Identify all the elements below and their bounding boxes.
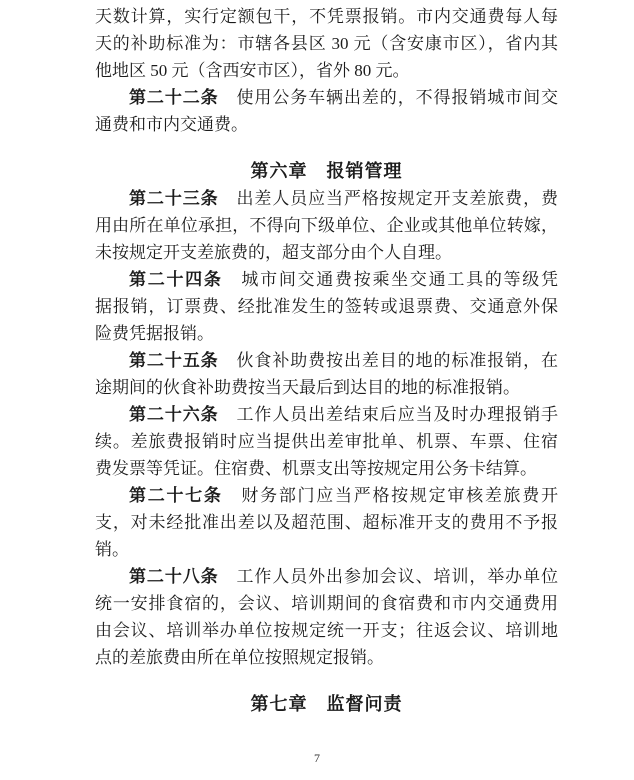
paragraph: 第二十六条 工作人员出差结束后应当及时办理报销手续。差旅费报销时应当提供出差审批… xyxy=(95,401,558,482)
chapter-heading: 第七章 监督问责 xyxy=(95,691,558,718)
text-line: 点的差旅费由所在单位按照规定报销。 xyxy=(95,644,558,671)
chapter-heading: 第六章 报销管理 xyxy=(95,158,558,185)
text-line: 支，对未经批准出差以及超范围、超标准开支的费用不予报 xyxy=(95,509,558,536)
text-line: 据报销，订票费、经批准发生的签转或退票费、交通意外保 xyxy=(95,293,558,320)
article-number: 第二十八条 xyxy=(129,567,219,586)
text-line: 他地区 50 元（含西安市区），省外 80 元。 xyxy=(95,57,558,84)
paragraph: 第二十四条 城市间交通费按乘坐交通工具的等级凭据报销，订票费、经批准发生的签转或… xyxy=(95,266,558,347)
paragraph: 第二十七条 财务部门应当严格按规定审核差旅费开支，对未经批准出差以及超范围、超标… xyxy=(95,482,558,563)
text-line: 第二十三条 出差人员应当严格按规定开支差旅费，费 xyxy=(95,185,558,212)
text-line: 途期间的伙食补助费按当天最后到达目的地的标准报销。 xyxy=(95,374,558,401)
document-page: 天数计算，实行定额包干，不凭票报销。市内交通费每人每天的补助标准为：市辖各县区 … xyxy=(0,0,634,780)
text-line: 续。差旅费报销时应当提供出差审批单、机票、车票、住宿 xyxy=(95,428,558,455)
paragraph: 第二十三条 出差人员应当严格按规定开支差旅费，费用由所在单位承担，不得向下级单位… xyxy=(95,185,558,266)
text-line: 销。 xyxy=(95,536,558,563)
text-line: 用由所在单位承担，不得向下级单位、企业或其他单位转嫁， xyxy=(95,212,558,239)
article-number: 第二十四条 xyxy=(129,270,223,289)
text-line: 第二十八条 工作人员外出参加会议、培训，举办单位 xyxy=(95,563,558,590)
paragraph: 天数计算，实行定额包干，不凭票报销。市内交通费每人每天的补助标准为：市辖各县区 … xyxy=(95,3,558,84)
article-number: 第二十三条 xyxy=(129,189,219,208)
article-number: 第二十六条 xyxy=(129,405,219,424)
article-number: 第二十五条 xyxy=(129,351,219,370)
text-line: 统一安排食宿的，会议、培训期间的食宿费和市内交通费用 xyxy=(95,590,558,617)
text-line: 险费凭据报销。 xyxy=(95,320,558,347)
paragraph: 第二十五条 伙食补助费按出差目的地的标准报销，在途期间的伙食补助费按当天最后到达… xyxy=(95,347,558,401)
text-line: 天的补助标准为：市辖各县区 30 元（含安康市区），省内其 xyxy=(95,30,558,57)
text-line: 第二十四条 城市间交通费按乘坐交通工具的等级凭 xyxy=(95,266,558,293)
text-line: 第二十五条 伙食补助费按出差目的地的标准报销，在 xyxy=(95,347,558,374)
document-body: 天数计算，实行定额包干，不凭票报销。市内交通费每人每天的补助标准为：市辖各县区 … xyxy=(95,3,558,718)
article-number: 第二十二条 xyxy=(129,88,219,107)
text-line: 通费和市内交通费。 xyxy=(95,111,558,138)
text-line: 由会议、培训举办单位按规定统一开支；往返会议、培训地 xyxy=(95,617,558,644)
text-line: 费发票等凭证。住宿费、机票支出等按规定用公务卡结算。 xyxy=(95,455,558,482)
text-line: 第二十二条 使用公务车辆出差的，不得报销城市间交 xyxy=(95,84,558,111)
paragraph: 第二十二条 使用公务车辆出差的，不得报销城市间交通费和市内交通费。 xyxy=(95,84,558,138)
text-line: 未按规定开支差旅费的，超支部分由个人自理。 xyxy=(95,239,558,266)
text-line: 天数计算，实行定额包干，不凭票报销。市内交通费每人每 xyxy=(95,3,558,30)
page-number: 7 xyxy=(0,751,634,766)
text-line: 第二十七条 财务部门应当严格按规定审核差旅费开 xyxy=(95,482,558,509)
text-line: 第二十六条 工作人员出差结束后应当及时办理报销手 xyxy=(95,401,558,428)
article-number: 第二十七条 xyxy=(129,486,223,505)
paragraph: 第二十八条 工作人员外出参加会议、培训，举办单位统一安排食宿的，会议、培训期间的… xyxy=(95,563,558,671)
